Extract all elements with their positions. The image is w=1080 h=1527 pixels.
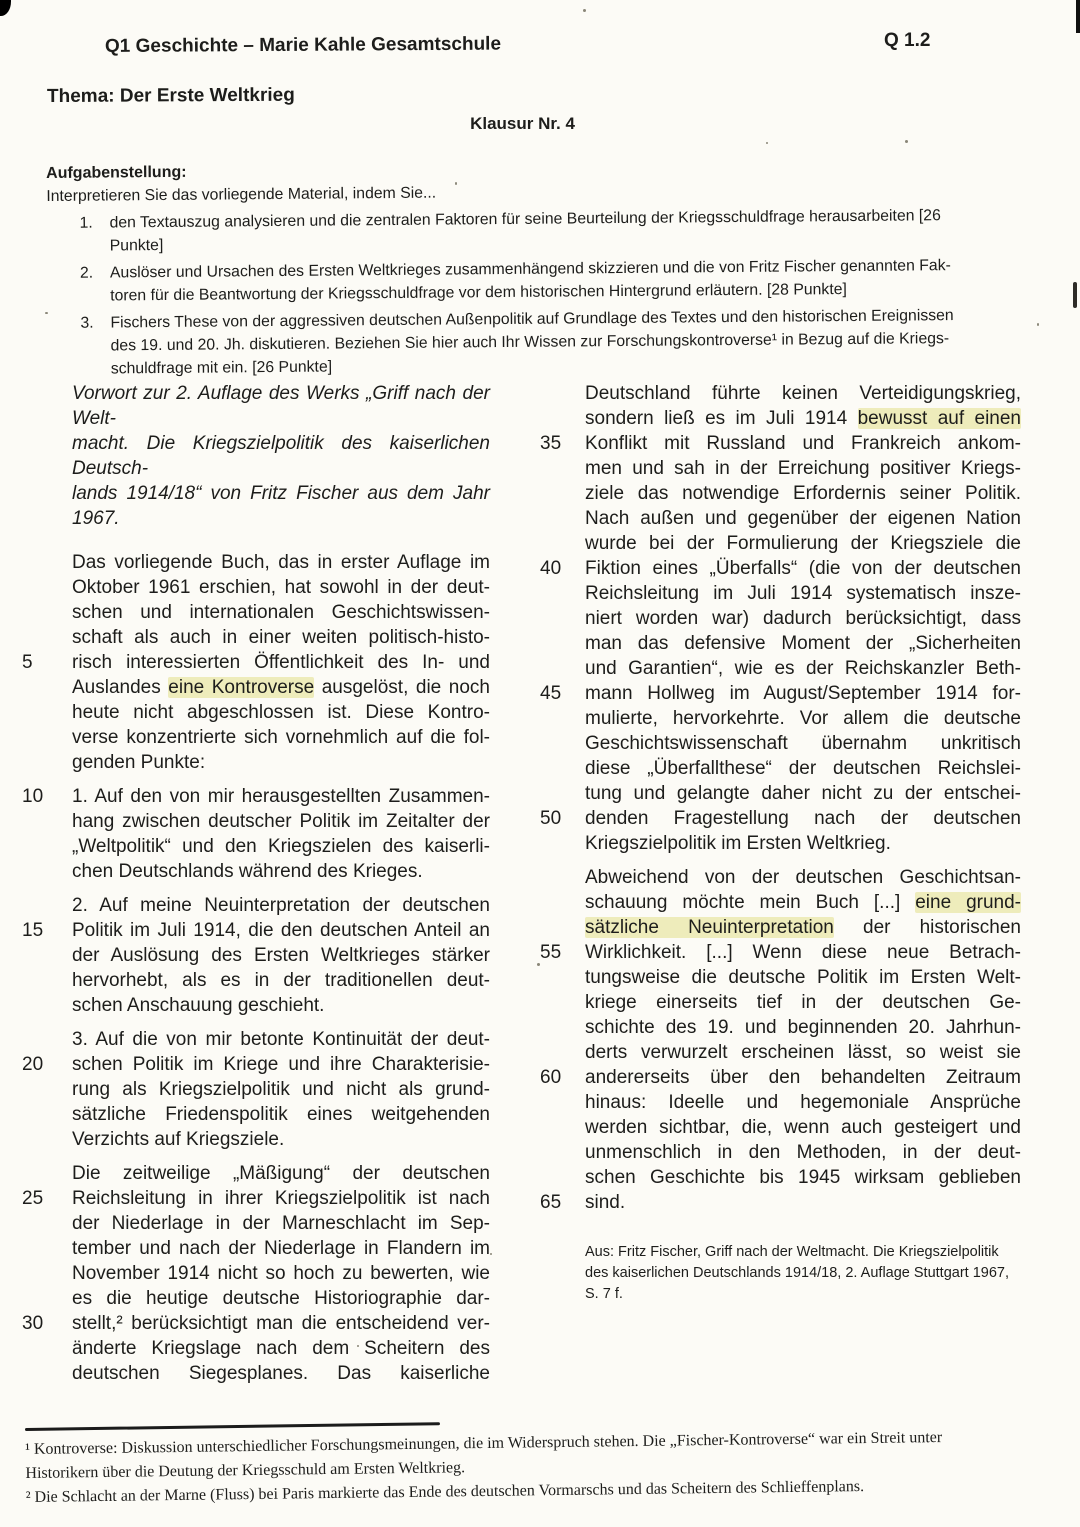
text-line: Abweichend von der deutschen Geschichtsa… xyxy=(585,865,1021,890)
text-paragraph: 3. Auf die von mir betonte Kontinuität d… xyxy=(72,1027,490,1152)
scan-speck xyxy=(490,1253,492,1255)
footnote-separator xyxy=(25,1422,440,1430)
line-number: 45 xyxy=(540,681,561,706)
line-number: 60 xyxy=(540,1065,561,1090)
text-line: deutschen Siegesplanes. Das kaiserliche xyxy=(72,1361,490,1386)
highlighted-text: eine grund- xyxy=(915,892,1021,913)
text-line: werden sichtbar, die, wenn auch gesteige… xyxy=(585,1115,1021,1140)
scan-artifact-corner xyxy=(0,0,11,16)
text-paragraph: Vorwort zur 2. Auflage des Werks „Griff … xyxy=(72,381,490,531)
text-line: Verzichts auf Kriegsziele. xyxy=(72,1127,490,1152)
source-attribution: Aus: Fritz Fischer, Griff nach der Weltm… xyxy=(585,1242,1021,1305)
text-line: macht. Die Kriegszielpolitik des kaiserl… xyxy=(72,431,490,481)
text-line: andererseits über den behandelten Zeitra… xyxy=(585,1065,1021,1090)
text-line: Deutschland führte keinen Verteidigungsk… xyxy=(585,381,1021,406)
text-line: Wirklichkeit. [...] Wenn diese neue Betr… xyxy=(585,940,1021,965)
line-number: 30 xyxy=(22,1311,43,1336)
highlighted-text: bewusst auf einen xyxy=(858,408,1021,429)
text-line: Geschichtswissenschaft übernahm unkritis… xyxy=(585,731,1021,756)
text-line: denden Fragestellung nach der deutschen5… xyxy=(585,806,1021,831)
line-number: 10 xyxy=(22,784,43,809)
text-line: man das defensive Moment der „Sicherheit… xyxy=(585,631,1021,656)
text-line: hervorhebt, als es in der traditionellen… xyxy=(72,968,490,993)
text-line: sätzliche Friedenspolitik eines weitgehe… xyxy=(72,1102,490,1127)
text-line: derts verwurzelt erscheinen lässt, so we… xyxy=(585,1040,1021,1065)
text-line: hang zwischen deutscher Politik im Zeita… xyxy=(72,809,490,834)
task-item: 1.den Textauszug analysieren und die zen… xyxy=(46,204,1011,258)
text-line: schen Politik im Kriege und ihre Charakt… xyxy=(72,1052,490,1077)
task-number: 3. xyxy=(47,311,111,381)
text-line: 1. Auf den von mir herausgestellten Zusa… xyxy=(72,784,490,809)
text-column-right: Deutschland führte keinen Verteidigungsk… xyxy=(585,381,1021,1314)
text-line: der Auslösung des Ersten Weltkrieges stä… xyxy=(72,943,490,968)
text-line: chen Deutschlands während des Krieges. xyxy=(72,859,490,884)
text-line: sind.65 xyxy=(585,1190,1021,1215)
task-item: 2.Auslöser und Ursachen des Ersten Weltk… xyxy=(47,254,1012,308)
text-line: lands 1914/18“ von Fritz Fischer aus dem… xyxy=(72,481,490,531)
text-line: der Niederlage in der Marneschlacht im S… xyxy=(72,1211,490,1236)
text-line: November 1914 nicht so hoch zu bewerten,… xyxy=(72,1261,490,1286)
line-number: 40 xyxy=(540,556,561,581)
topic-title: Thema: Der Erste Weltkrieg xyxy=(47,85,295,108)
text-line: Fiktion eines „Überfalls“ (die von der d… xyxy=(585,556,1021,581)
course-title: Q1 Geschichte – Marie Kahle Gesamtschule xyxy=(105,34,501,58)
line-number: 20 xyxy=(22,1052,43,1077)
line-number: 15 xyxy=(22,918,43,943)
text-line: diese „Überfallthese“ der deutschen Reic… xyxy=(585,756,1021,781)
text-line: mann Hollweg im August/September 1914 fo… xyxy=(585,681,1021,706)
task-text: den Textauszug analysieren und die zentr… xyxy=(109,204,1011,258)
scan-speck xyxy=(1037,323,1039,326)
text-line: 3. Auf die von mir betonte Kontinuität d… xyxy=(72,1027,490,1052)
text-line: schauung möchte mein Buch [...] eine gru… xyxy=(585,890,1021,915)
scan-speck xyxy=(583,9,586,12)
text-line: Aus: Fritz Fischer, Griff nach der Weltm… xyxy=(585,1242,1021,1263)
task-number: 2. xyxy=(47,261,110,308)
text-line: risch interessierten Öffentlichkeit des … xyxy=(72,650,490,675)
text-line: kriege einerseits tief in der deutschen … xyxy=(585,990,1021,1015)
text-line: men und sah in der Erreichung positiver … xyxy=(585,456,1021,481)
task-text: Auslöser und Ursachen des Ersten Weltkri… xyxy=(110,254,1012,308)
text-line: änderte Kriegslage nach dem Scheitern de… xyxy=(72,1336,490,1361)
exam-number: Klausur Nr. 4 xyxy=(0,114,1045,134)
text-line: stellt,² berücksichtigt man die entschei… xyxy=(72,1311,490,1336)
text-line: unmenschlich in den Methoden, in der deu… xyxy=(585,1140,1021,1165)
text-line: sätzliche Neuinterpretation der historis… xyxy=(585,915,1021,940)
text-line: Reichsleitung in ihrer Kriegszielpolitik… xyxy=(72,1186,490,1211)
text-line: es die heutige deutsche Historiographie … xyxy=(72,1286,490,1311)
text-line: verse konzentrierte sich vornehmlich auf… xyxy=(72,725,490,750)
text-line: Auslandes eine Kontroverse ausgelöst, di… xyxy=(72,675,490,700)
text-line: tung und gelangte daher nicht zu der ent… xyxy=(585,781,1021,806)
text-line: tungsweise die deutsche Politik im Erste… xyxy=(585,965,1021,990)
page-code: Q 1.2 xyxy=(884,30,930,52)
scan-artifact-edge xyxy=(1076,0,1080,33)
text-line: mulierte, hervorkehrte. Vor allem die de… xyxy=(585,706,1021,731)
text-line: Konflikt mit Russland und Frankreich ank… xyxy=(585,431,1021,456)
text-line: schichte des 19. und beginnenden 20. Jah… xyxy=(585,1015,1021,1040)
line-number: 25 xyxy=(22,1186,43,1211)
text-paragraph: Das vorliegende Buch, das in erster Aufl… xyxy=(72,550,490,775)
text-line: rung als Kriegszielpolitik und nicht als… xyxy=(72,1077,490,1102)
highlighted-text: sätzliche Neuinterpretation xyxy=(585,917,834,938)
text-line: ziele das notwendige Erfordernis seiner … xyxy=(585,481,1021,506)
text-line: Die zeitweilige „Mäßigung“ der deutschen xyxy=(72,1161,490,1186)
text-line: tember und nach der Niederlage in Flande… xyxy=(72,1236,490,1261)
text-line: genden Punkte: xyxy=(72,750,490,775)
text-line: schaft als auch in einer weiten politisc… xyxy=(72,625,490,650)
task-block: Aufgabenstellung: Interpretieren Sie das… xyxy=(46,154,1013,381)
scan-speck xyxy=(905,140,908,143)
task-list: 1.den Textauszug analysieren und die zen… xyxy=(46,204,1012,381)
line-number: 50 xyxy=(540,806,561,831)
text-line: hinaus: Ideelle und hegemoniale Ansprüch… xyxy=(585,1090,1021,1115)
text-line: „Weltpolitik“ und den Kriegszielen des k… xyxy=(72,834,490,859)
text-line: heute nicht abgeschlossen ist. Diese Kon… xyxy=(72,700,490,725)
text-line: wurde bei der Formulierung der Kriegszie… xyxy=(585,531,1021,556)
text-line: schen und internationalen Geschichtswiss… xyxy=(72,600,490,625)
task-number: 1. xyxy=(46,211,109,258)
line-number: 65 xyxy=(540,1190,561,1215)
text-paragraph: Deutschland führte keinen Verteidigungsk… xyxy=(585,381,1021,856)
text-line: schen Geschichte bis 1945 wirksam geblie… xyxy=(585,1165,1021,1190)
highlighted-text: eine Kontroverse xyxy=(168,677,314,698)
text-paragraph: Abweichend von der deutschen Geschichtsa… xyxy=(585,865,1021,1215)
text-line: schen Anschauung geschieht. xyxy=(72,993,490,1018)
text-line: und Garantien“, wie es der Reichskanzler… xyxy=(585,656,1021,681)
text-line: Nach außen und gegenüber der eigenen Nat… xyxy=(585,506,1021,531)
scanned-exam-page: Q1 Geschichte – Marie Kahle Gesamtschule… xyxy=(0,0,1080,1527)
text-line: Reichsleitung im Juli 1914 systematisch … xyxy=(585,581,1021,606)
text-line: des kaiserlichen Deutschlands 1914/18, 2… xyxy=(585,1263,1021,1284)
text-paragraph: Die zeitweilige „Mäßigung“ der deutschen… xyxy=(72,1161,490,1386)
text-line: S. 7 f. xyxy=(585,1284,1021,1305)
line-number: 5 xyxy=(22,650,33,675)
text-line: Kriegszielpolitik im Ersten Weltkrieg. xyxy=(585,831,1021,856)
text-paragraph: 2. Auf meine Neuinterpretation der deuts… xyxy=(72,893,490,1018)
task-text: Fischers These von der aggressiven deuts… xyxy=(110,304,1013,381)
line-number: 35 xyxy=(540,431,561,456)
footnotes: ¹ Kontroverse: Diskussion unterschiedlic… xyxy=(25,1425,1051,1510)
text-paragraph: 1. Auf den von mir herausgestellten Zusa… xyxy=(72,784,490,884)
text-line: Oktober 1961 erschien, hat sowohl in der… xyxy=(72,575,490,600)
scan-artifact-edge xyxy=(1073,282,1077,308)
text-line: 2. Auf meine Neuinterpretation der deuts… xyxy=(72,893,490,918)
task-item: 3.Fischers These von der aggressiven deu… xyxy=(47,304,1013,381)
text-line: Vorwort zur 2. Auflage des Werks „Griff … xyxy=(72,381,490,431)
scan-speck xyxy=(766,142,768,144)
text-line: Politik im Juli 1914, die den deutschen … xyxy=(72,918,490,943)
line-number: 55 xyxy=(540,940,561,965)
text-line: niert worden war) dadurch berücksichtigt… xyxy=(585,606,1021,631)
text-column-left: Vorwort zur 2. Auflage des Werks „Griff … xyxy=(72,381,490,1395)
text-line: Das vorliegende Buch, das in erster Aufl… xyxy=(72,550,490,575)
text-line: sondern ließ es im Juli 1914 bewusst auf… xyxy=(585,406,1021,431)
